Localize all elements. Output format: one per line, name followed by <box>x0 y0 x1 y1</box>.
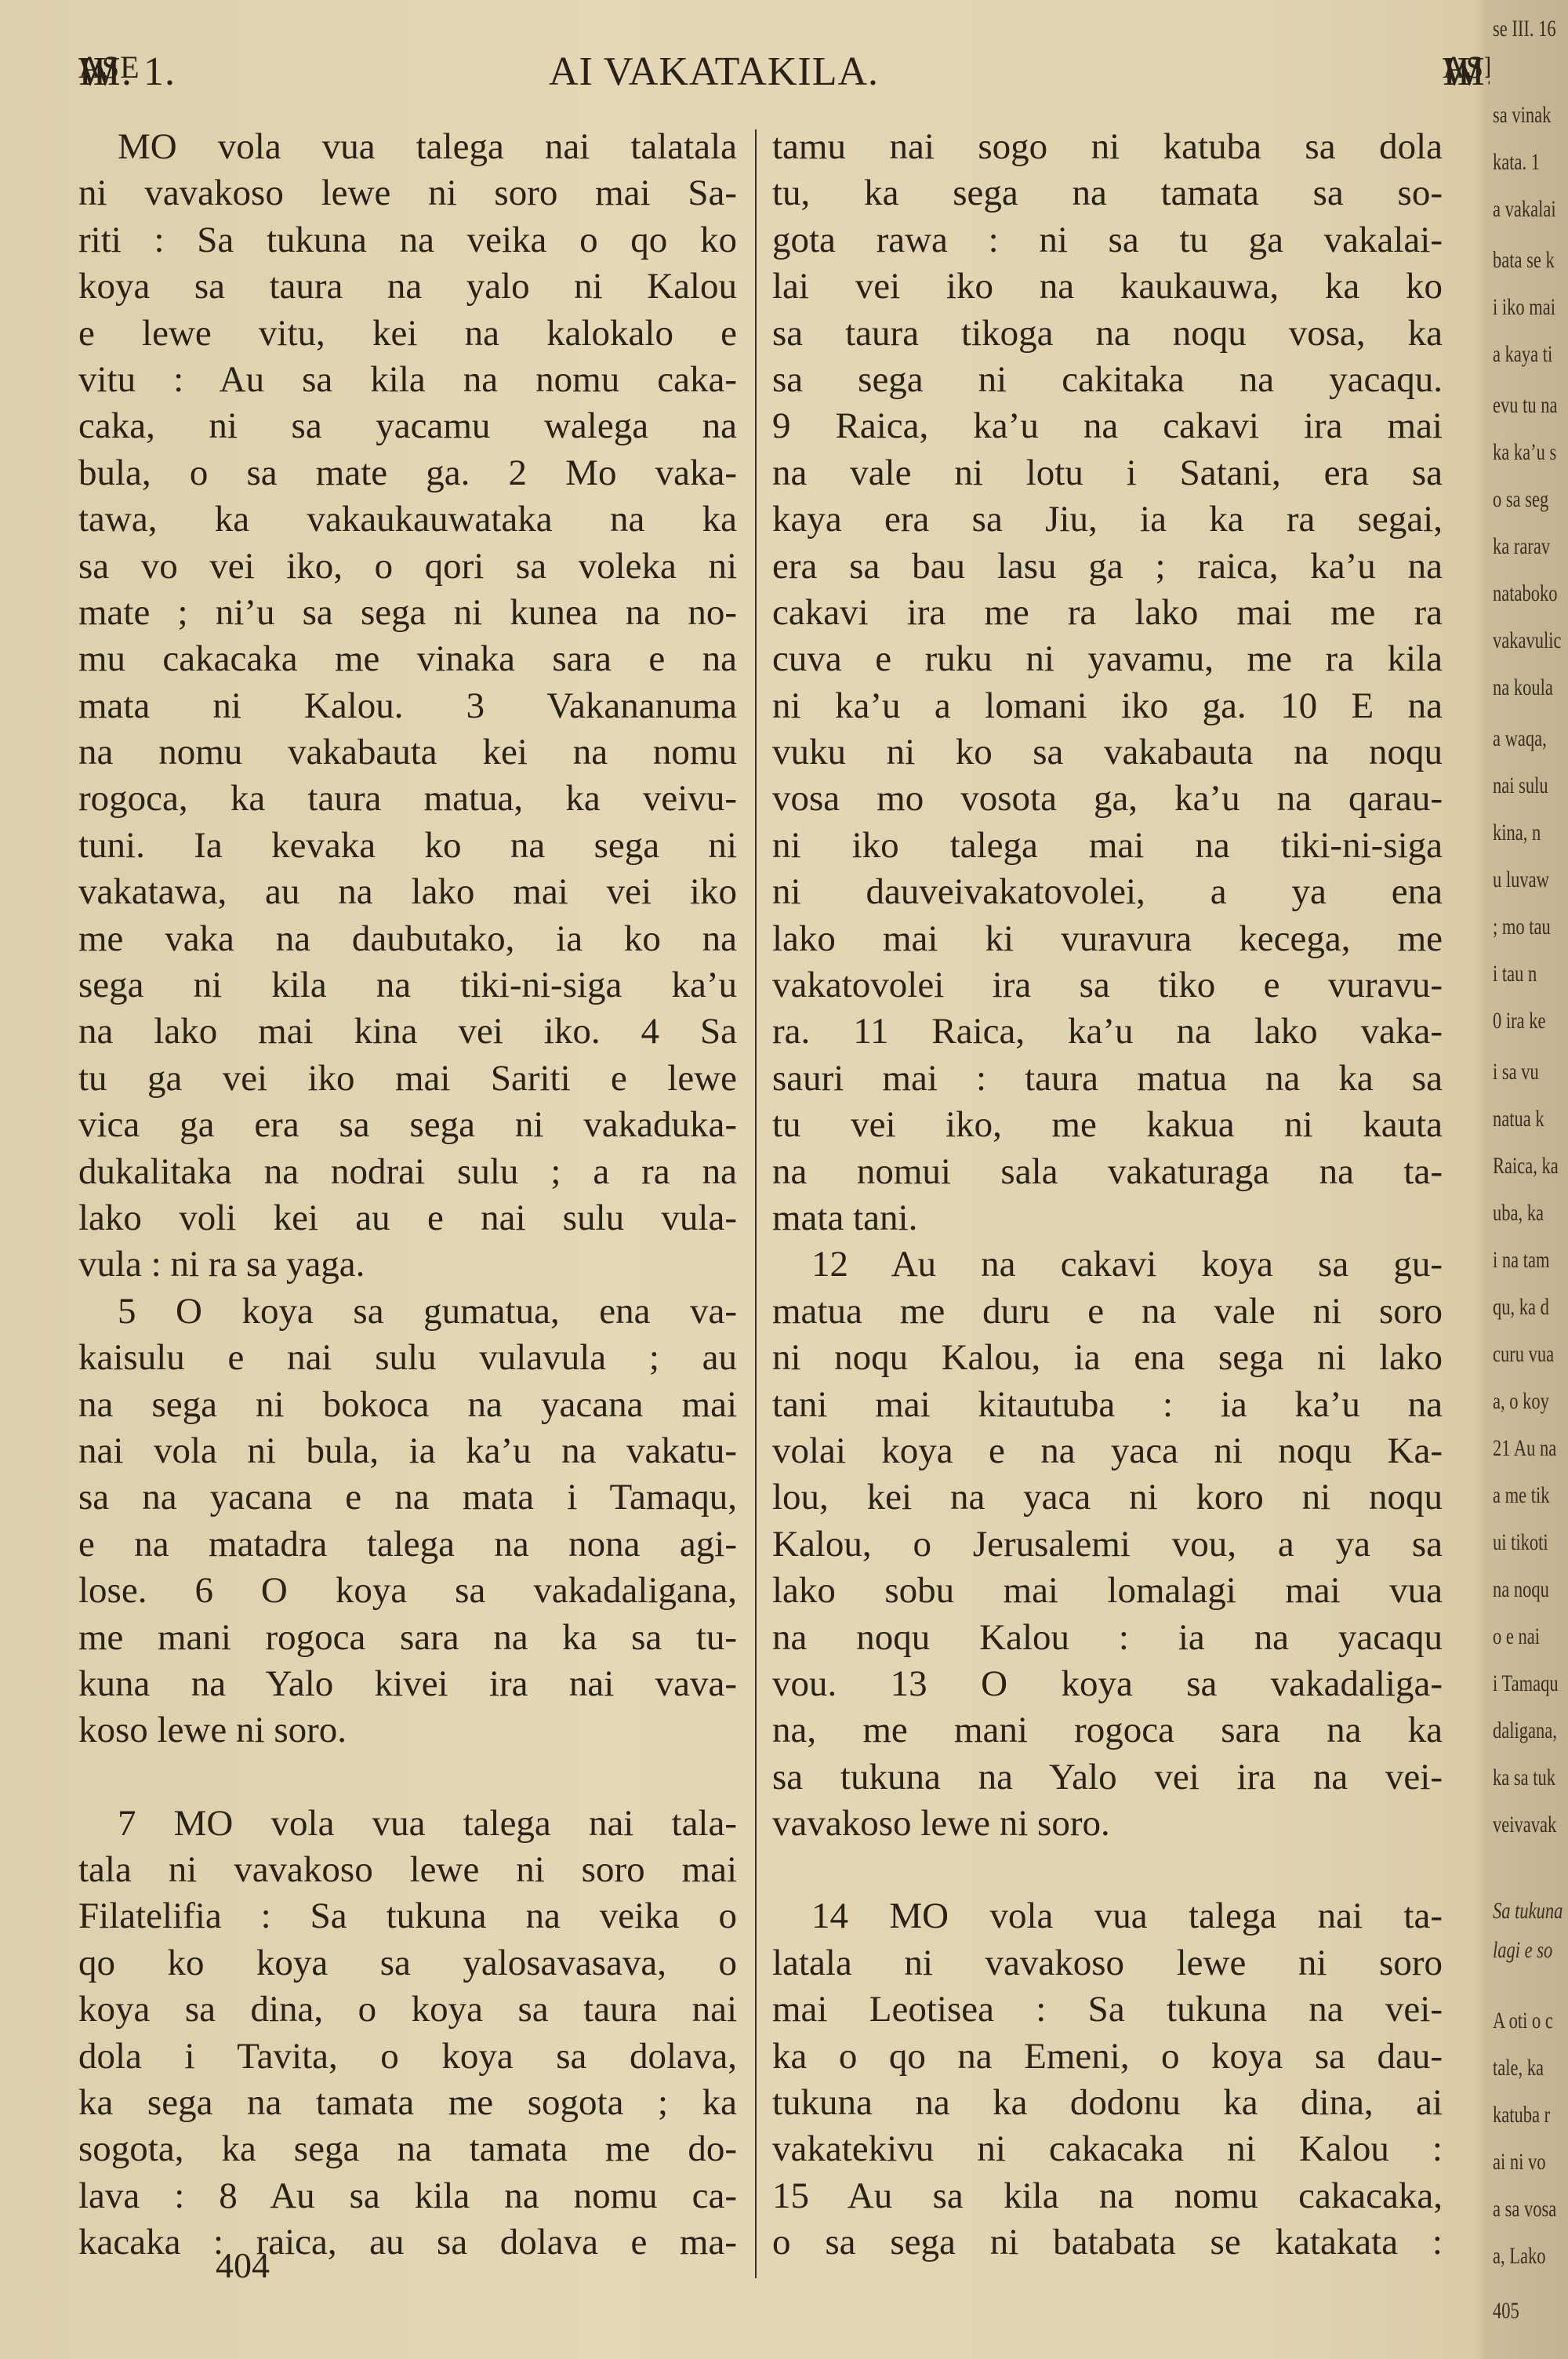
text-line: qo ko koya sa yalosavasava, o <box>78 1940 737 1986</box>
text-line: era sa bau lasu ga ; raica, ka’u na <box>772 543 1443 590</box>
text-line: tamu nai sogo ni katuba sa dola <box>772 124 1443 170</box>
text-line: vavakoso lewe ni soro. <box>772 1801 1443 1847</box>
adjacent-page-edge: se III. 16sa vinakkata. 1a vakalaibata s… <box>1490 0 1568 2359</box>
text-line: vosa mo vosota ga, ka’u na qarau- <box>772 776 1443 822</box>
text-line: me vaka na daubutako, ia ko na <box>78 916 737 962</box>
right-column: tamu nai sogo ni katuba sa dolatu, ka se… <box>772 124 1443 2266</box>
text-line: na noqu Kalou : ia na yacaqu <box>772 1615 1443 1661</box>
text-line: na sega ni bokoca na yacana mai <box>78 1382 737 1428</box>
text-line: sogota, ka sega na tamata me do- <box>78 2126 737 2172</box>
text-line: Filatelifia : Sa tukuna na veika o <box>78 1893 737 1939</box>
column-divider <box>755 129 757 2278</box>
adjacent-page-line: a kaya ti <box>1493 341 1552 368</box>
text-line: kacaka : raica, au sa dolava e ma- <box>78 2219 737 2266</box>
text-line: tuni. Ia kevaka ko na sega ni <box>78 823 737 869</box>
adjacent-page-line: veivavak <box>1493 1812 1556 1838</box>
adjacent-page-line: a me tik <box>1493 1482 1549 1509</box>
adjacent-page-line: sa vinak <box>1493 102 1551 129</box>
adjacent-page-line: evu tu na <box>1493 392 1557 419</box>
text-line: mata tani. <box>772 1195 1443 1241</box>
adjacent-page-line: i sa vu <box>1493 1059 1539 1085</box>
text-line: lako sobu mai lomalagi mai vua <box>772 1568 1443 1614</box>
adjacent-page-line: bata se k <box>1493 247 1555 274</box>
adjacent-page-line: 0 ira ke <box>1493 1008 1545 1034</box>
text-line: ra. 11 Raica, ka’u na lako vaka- <box>772 1009 1443 1055</box>
adjacent-page-line: natua k <box>1493 1106 1544 1132</box>
text-line: e na matadra talega na nona agi- <box>78 1521 737 1568</box>
adjacent-page-line: Raica, ka <box>1493 1153 1559 1179</box>
text-line: vou. 13 O koya sa vakadaliga- <box>772 1661 1443 1707</box>
adjacent-page-line: ai ni vo <box>1493 2149 1546 2175</box>
text-line: ka o qo na Emeni, o koya sa dau- <box>772 2034 1443 2080</box>
adjacent-page-line: lagi e so <box>1493 1937 1552 1964</box>
text-line: tawa, ka vakaukauwataka na ka <box>78 496 737 543</box>
left-column: MO vola vua talega nai talatalani vavako… <box>78 124 737 2266</box>
adjacent-page-line: Sa tukuna <box>1493 1898 1563 1925</box>
text-line: vakatawa, au na lako mai vei iko <box>78 869 737 915</box>
text-line: ni vavakoso lewe ni soro mai Sa- <box>78 170 737 216</box>
text-line: dukalitaka na nodrai sulu ; a ra na <box>78 1149 737 1195</box>
text-line: nai vola ni bula, ia ka’u na vakatu- <box>78 1428 737 1474</box>
text-line: vuku ni ko sa vakabauta na noqu <box>772 729 1443 776</box>
text-line: na nomu vakabauta kei na nomu <box>78 729 737 776</box>
adjacent-page-line: kina, n <box>1493 820 1541 846</box>
book-page-404: WASE III. 1. AI VAKATAKILA. WASE III. 15… <box>0 0 1494 2359</box>
running-head-title: AI VAKATAKILA. <box>549 49 879 95</box>
adjacent-page-line: 21 Au na <box>1493 1435 1556 1462</box>
text-line: ni ka’u a lomani iko ga. 10 E na <box>772 683 1443 729</box>
adjacent-page-line: na noqu <box>1493 1576 1549 1603</box>
text-line: matua me duru e na vale ni soro <box>772 1289 1443 1335</box>
text-line: ni dauveivakatovolei, a ya ena <box>772 869 1443 915</box>
adjacent-page-line: a, Lako <box>1493 2243 1545 2270</box>
adjacent-page-line: nataboko <box>1493 580 1557 607</box>
adjacent-page-line: o sa seg <box>1493 486 1548 513</box>
adjacent-page-line: ui tikoti <box>1493 1529 1548 1556</box>
text-line: sega ni kila na tiki-ni-siga ka’u <box>78 962 737 1009</box>
running-head: WASE III. 1. AI VAKATAKILA. WASE III. 15… <box>78 49 1443 104</box>
adjacent-page-line: a waqa, <box>1493 725 1547 752</box>
text-line: mu cakacaka me vinaka sara e na <box>78 636 737 682</box>
text-line: vitu : Au sa kila na nomu caka- <box>78 357 737 403</box>
text-line: sa tukuna na Yalo vei ira na vei- <box>772 1754 1443 1801</box>
text-line: latala ni vavakoso lewe ni soro <box>772 1940 1443 1986</box>
adjacent-page-line: i Tamaqu <box>1493 1670 1559 1697</box>
text-line: na nomui sala vakaturaga na ta- <box>772 1149 1443 1195</box>
adjacent-page-line: katuba r <box>1493 2102 1550 2128</box>
text-line: ka sega na tamata me sogota ; ka <box>78 2080 737 2126</box>
text-line: bula, o sa mate ga. 2 Mo vaka- <box>78 450 737 496</box>
text-line: mata ni Kalou. 3 Vakananuma <box>78 683 737 729</box>
text-line: mate ; ni’u sa sega ni kunea na no- <box>78 590 737 636</box>
adjacent-page-line: daligana, <box>1493 1717 1557 1744</box>
text-line: 14 MO vola vua talega nai ta- <box>772 1893 1443 1939</box>
text-line: tala ni vavakoso lewe ni soro mai <box>78 1847 737 1893</box>
adjacent-page-line: i na tam <box>1493 1247 1549 1274</box>
text-line: sa taura tikoga na noqu vosa, ka <box>772 311 1443 357</box>
adjacent-page-line: a sa vosa <box>1493 2196 1556 2223</box>
adjacent-page-line: ; mo tau <box>1493 914 1551 940</box>
adjacent-page-line: tale, ka <box>1493 2055 1544 2081</box>
text-line: lako mai ki vuravura kecega, me <box>772 916 1443 962</box>
text-line: lava : 8 Au sa kila na nomu ca- <box>78 2173 737 2219</box>
text-line: vakatovolei ira sa tiko e vuravu- <box>772 962 1443 1009</box>
text-line: e lewe vitu, kei na kalokalo e <box>78 311 737 357</box>
text-line: cakavi ira me ra lako mai me ra <box>772 590 1443 636</box>
text-line: tu ga vei iko mai Sariti e lewe <box>78 1056 737 1102</box>
adjacent-page-line: kata. 1 <box>1493 149 1540 176</box>
text-line: ni noqu Kalou, ia ena sega ni lako <box>772 1335 1443 1381</box>
text-line: caka, ni sa yacamu walega na <box>78 403 737 449</box>
text-line: o sa sega ni batabata se katakata : <box>772 2219 1443 2266</box>
text-line: sa vo vei iko, o qori sa voleka ni <box>78 543 737 590</box>
text-line: ni iko talega mai na tiki-ni-siga <box>772 823 1443 869</box>
text-line: 12 Au na cakavi koya sa gu- <box>772 1241 1443 1288</box>
text-line: riti : Sa tukuna na veika o qo ko <box>78 217 737 264</box>
text-line: Kalou, o Jerusalemi vou, a ya sa <box>772 1521 1443 1568</box>
text-line: na, me mani rogoca sara na ka <box>772 1707 1443 1754</box>
adjacent-page-line: 405 <box>1493 2298 1519 2324</box>
adjacent-page-line: u luvaw <box>1493 867 1549 893</box>
text-line: dola i Tavita, o koya sa dolava, <box>78 2034 737 2080</box>
text-line: lose. 6 O koya sa vakadaligana, <box>78 1568 737 1614</box>
adjacent-page-line: ka ka’u s <box>1493 439 1556 466</box>
adjacent-page-line: se III. 16 <box>1493 16 1556 42</box>
text-line: lako voli kei au e nai sulu vula- <box>78 1195 737 1241</box>
adjacent-page-line: curu vua <box>1493 1341 1554 1368</box>
text-line: vakatekivu ni cakacaka ni Kalou : <box>772 2126 1443 2172</box>
text-line: kaya era sa Jiu, ia ka ra segai, <box>772 496 1443 543</box>
adjacent-page-line: ka sa tuk <box>1493 1765 1555 1791</box>
text-line: koso lewe ni soro. <box>78 1707 737 1754</box>
text-line: sauri mai : taura matua na ka sa <box>772 1056 1443 1102</box>
text-line: koya sa taura na yalo ni Kalou <box>78 264 737 310</box>
text-line: lou, kei na yaca ni koro ni noqu <box>772 1474 1443 1521</box>
adjacent-page-line: uba, ka <box>1493 1200 1544 1227</box>
text-line: tu, ka sega na tamata sa so- <box>772 170 1443 216</box>
text-line: tu vei iko, me kakua ni kauta <box>772 1102 1443 1148</box>
running-head-left-ref: III. 1. <box>78 49 176 95</box>
text-line: me mani rogoca sara na ka sa tu- <box>78 1615 737 1661</box>
adjacent-page-line: i tau n <box>1493 961 1537 987</box>
text-line: rogoca, ka taura matua, ka veivu- <box>78 776 737 822</box>
text-line: vula : ni ra sa yaga. <box>78 1241 737 1288</box>
text-line: sa na yacana e na mata i Tamaqu, <box>78 1474 737 1521</box>
text-line: 7 MO vola vua talega nai tala- <box>78 1801 737 1847</box>
adjacent-page-line: ka rarav <box>1493 533 1550 560</box>
text-line: na lako mai kina vei iko. 4 Sa <box>78 1009 737 1055</box>
text-line: lai vei iko na kaukauwa, ka ko <box>772 264 1443 310</box>
text-line: 15 Au sa kila na nomu cakacaka, <box>772 2173 1443 2219</box>
text-line: sa sega ni cakitaka na yacaqu. <box>772 357 1443 403</box>
adjacent-page-line: vakavulic <box>1493 627 1561 654</box>
page-number: 404 <box>216 2245 270 2286</box>
text-line: kaisulu e nai sulu vulavula ; au <box>78 1335 737 1381</box>
text-line: tani mai kitautuba : ia ka’u na <box>772 1382 1443 1428</box>
text-line: cuva e ruku ni yavamu, me ra kila <box>772 636 1443 682</box>
text-line: na vale ni lotu i Satani, era sa <box>772 450 1443 496</box>
text-line: koya sa dina, o koya sa taura nai <box>78 1986 737 2033</box>
adjacent-page-line: a, o koy <box>1493 1388 1549 1415</box>
adjacent-page-line: a vakalai <box>1493 196 1556 223</box>
text-line: MO vola vua talega nai talatala <box>78 124 737 170</box>
adjacent-page-line: na koula <box>1493 674 1553 701</box>
text-line: kuna na Yalo kivei ira nai vava- <box>78 1661 737 1707</box>
text-line: 5 O koya sa gumatua, ena va- <box>78 1289 737 1335</box>
adjacent-page-line: o e nai <box>1493 1623 1540 1650</box>
text-line: gota rawa : ni sa tu ga vakalai- <box>772 217 1443 264</box>
text-line: vica ga era sa sega ni vakaduka- <box>78 1102 737 1148</box>
adjacent-page-line: A oti o c <box>1493 2008 1553 2034</box>
text-line: tukuna na ka dodonu ka dina, ai <box>772 2080 1443 2126</box>
text-line: mai Leotisea : Sa tukuna na vei- <box>772 1986 1443 2033</box>
adjacent-page-line: nai sulu <box>1493 772 1548 799</box>
adjacent-page-line: i iko mai <box>1493 294 1555 321</box>
text-line: 9 Raica, ka’u na cakavi ira mai <box>772 403 1443 449</box>
adjacent-page-line: qu, ka d <box>1493 1294 1549 1321</box>
text-line: volai koya e na yaca ni noqu Ka- <box>772 1428 1443 1474</box>
